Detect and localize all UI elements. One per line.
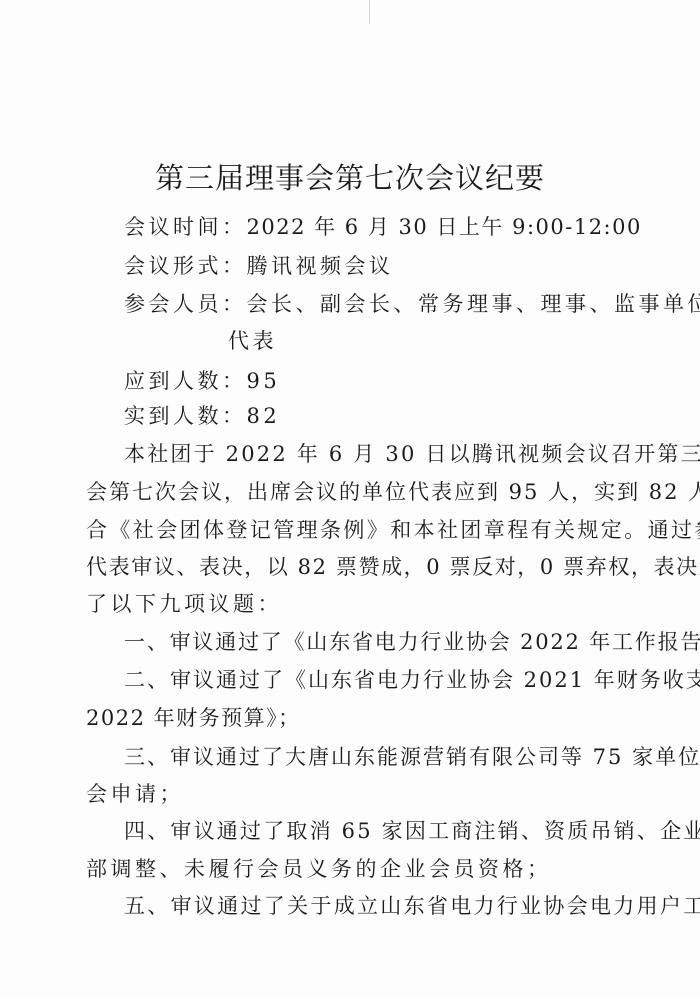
agenda-item-4-continuation: 部调整、未履行会员义务的企业会员资格；: [86, 856, 552, 882]
expected-count-value: 95: [247, 369, 281, 393]
scan-artifact-line: [369, 0, 370, 24]
actual-count-value: 82: [247, 404, 281, 428]
agenda-item-1: 一、审议通过了《山东省电力行业协会 2022 年工作报告》；: [124, 629, 700, 655]
body-paragraph-line: 本社团于 2022 年 6 月 30 日以腾讯视频会议召开第三届理事: [124, 441, 700, 467]
agenda-item-2-continuation: 2022 年财务预算》；: [86, 705, 301, 731]
attendees-row: 参会人员：会长、副会长、常务理事、理事、监事单位会员: [124, 291, 700, 317]
attendees-label: 参会人员：: [124, 292, 247, 316]
meeting-time-label: 会议时间：: [124, 215, 247, 239]
body-paragraph-line: 会第七次会议，出席会议的单位代表应到 95 人，实到 82 人，符: [86, 479, 700, 505]
expected-count-label: 应到人数：: [124, 369, 247, 393]
attendees-value: 会长、副会长、常务理事、理事、监事单位会员: [247, 292, 700, 316]
document-page: 第三届理事会第七次会议纪要 会议时间：2022 年 6 月 30 日上午 9:0…: [0, 0, 700, 998]
actual-count-label: 实到人数：: [124, 404, 247, 428]
body-paragraph-line: 代表审议、表决，以 82 票赞成，0 票反对，0 票弃权，表决通过: [86, 554, 700, 580]
agenda-item-5: 五、审议通过了关于成立山东省电力行业协会电力用户工作: [124, 893, 700, 919]
expected-count-row: 应到人数：95: [124, 368, 280, 394]
agenda-item-4: 四、审议通过了取消 65 家因工商注销、资质吊销、企业内: [124, 818, 700, 844]
body-paragraph-line: 合《社会团体登记管理条例》和本社团章程有关规定。通过参会: [86, 517, 700, 543]
meeting-format-value: 腾讯视频会议: [247, 254, 394, 278]
body-paragraph-line: 了以下九项议题：: [86, 591, 282, 617]
meeting-format-label: 会议形式：: [124, 254, 247, 278]
attendees-value-continuation: 代表: [228, 328, 277, 354]
meeting-format-row: 会议形式：腾讯视频会议: [124, 253, 394, 279]
agenda-item-3: 三、审议通过了大唐山东能源营销有限公司等 75 家单位入: [124, 744, 700, 770]
document-title: 第三届理事会第七次会议纪要: [0, 156, 700, 197]
meeting-time-row: 会议时间：2022 年 6 月 30 日上午 9:00-12:00: [124, 214, 642, 240]
agenda-item-3-continuation: 会申请；: [86, 781, 184, 807]
actual-count-row: 实到人数：82: [124, 403, 280, 429]
agenda-item-2: 二、审议通过了《山东省电力行业协会 2021 年财务收支及: [124, 667, 700, 693]
meeting-time-value: 2022 年 6 月 30 日上午 9:00-12:00: [247, 215, 642, 239]
